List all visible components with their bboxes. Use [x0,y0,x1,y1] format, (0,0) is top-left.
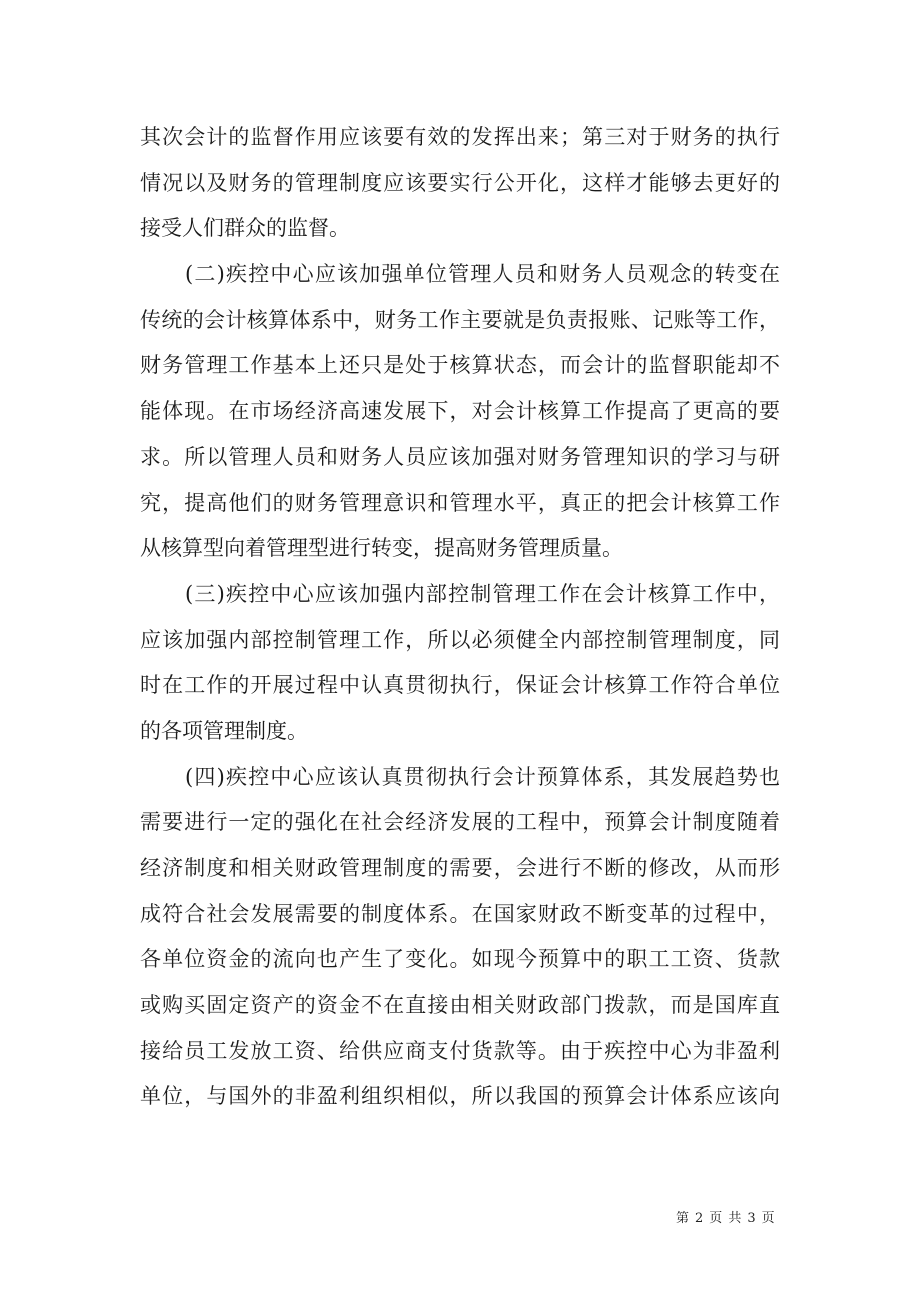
document-body: 其次会计的监督作用应该要有效的发挥出来；第三对于财务的执行 情况以及财务的管理制… [140,118,780,1123]
text-line: 需要进行一定的强化在社会经济发展的工程中，预算会计制度随着 [140,803,780,849]
text-line: 单位，与国外的非盈利组织相似，所以我国的预算会计体系应该向 [140,1077,780,1123]
document-page: 其次会计的监督作用应该要有效的发挥出来；第三对于财务的执行 情况以及财务的管理制… [0,0,920,1302]
text-line: 求。所以管理人员和财务人员应该加强对财务管理知识的学习与研 [140,438,780,484]
text-line: 接受人们群众的监督。 [140,209,780,255]
text-line: 接给员工发放工资、给供应商支付货款等。由于疾控中心为非盈利 [140,1032,780,1078]
footer-total-label: 共 [728,1211,743,1226]
text-line: 各单位资金的流向也产生了变化。如现今预算中的职工工资、货款 [140,940,780,986]
text-line: 应该加强内部控制管理工作，所以必须健全内部控制管理制度，同 [140,621,780,667]
footer-prefix: 第 [676,1211,691,1226]
text-line: 其次会计的监督作用应该要有效的发挥出来；第三对于财务的执行 [140,118,780,164]
footer-page-unit: 页 [709,1211,724,1226]
paragraph-heading-3: (三)疾控中心应该加强内部控制管理工作在会计核算工作中， [140,575,780,621]
current-page-number: 2 [695,1211,705,1226]
text-line: 成符合社会发展需要的制度体系。在国家财政不断变革的过程中， [140,895,780,941]
text-line: 财务管理工作基本上还只是处于核算状态，而会计的监督职能却不 [140,346,780,392]
text-line: 经济制度和相关财政管理制度的需要，会进行不断的修改，从而形 [140,849,780,895]
text-line: 或购买固定资产的资金不在直接由相关财政部门拨款，而是国库直 [140,986,780,1032]
page-number-footer: 第2页共3页 [676,1207,781,1226]
paragraph-heading-2: (二)疾控中心应该加强单位管理人员和财务人员观念的转变在 [140,255,780,301]
text-line: 的各项管理制度。 [140,712,780,758]
text-line: 能体现。在市场经济高速发展下，对会计核算工作提高了更高的要 [140,392,780,438]
text-line: 情况以及财务的管理制度应该要实行公开化，这样才能够去更好的 [140,164,780,210]
paragraph-heading-4: (四)疾控中心应该认真贯彻执行会计预算体系，其发展趋势也 [140,758,780,804]
total-pages-number: 3 [747,1211,757,1226]
text-line: 传统的会计核算体系中，财务工作主要就是负责报账、记账等工作， [140,301,780,347]
footer-page-unit-2: 页 [762,1211,777,1226]
text-line: 从核算型向着管理型进行转变，提高财务管理质量。 [140,529,780,575]
text-line: 时在工作的开展过程中认真贯彻执行，保证会计核算工作符合单位 [140,666,780,712]
text-line: 究，提高他们的财务管理意识和管理水平，真正的把会计核算工作 [140,484,780,530]
